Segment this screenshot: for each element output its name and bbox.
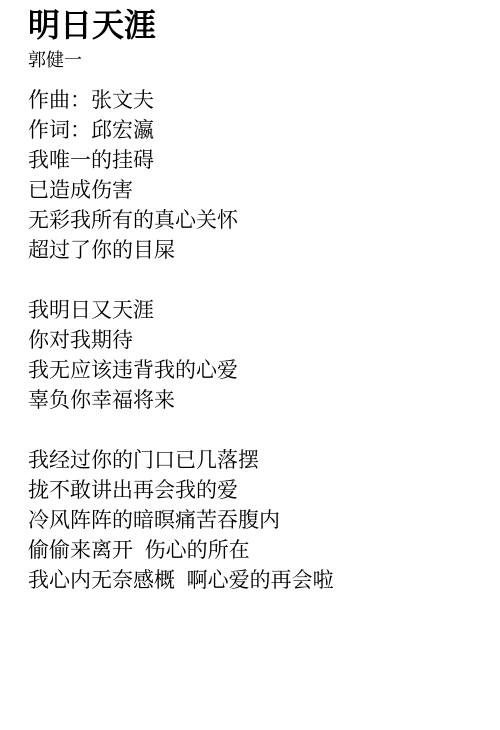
lyric-line: 辜负你幸福将来 — [28, 386, 480, 416]
lyric-line: 冷风阵阵的暗暝痛苦吞腹内 — [28, 506, 480, 536]
lyric-line: 已造成伤害 — [28, 176, 480, 206]
lyric-line: 无彩我所有的真心关怀 — [28, 206, 480, 236]
lyric-line: 你对我期待 — [28, 326, 480, 356]
lyrics-stanza: 作曲：张文夫作词：邱宏瀛我唯一的挂碍已造成伤害无彩我所有的真心关怀超过了你的目屎 — [28, 86, 480, 266]
lyrics: 作曲：张文夫作词：邱宏瀛我唯一的挂碍已造成伤害无彩我所有的真心关怀超过了你的目屎… — [28, 86, 480, 596]
lyric-line: 偷偷来离开 伤心的所在 — [28, 536, 480, 566]
lyric-line: 超过了你的目屎 — [28, 236, 480, 266]
lyric-line: 我明日又天涯 — [28, 296, 480, 326]
lyrics-stanza: 我明日又天涯你对我期待我无应该违背我的心爱辜负你幸福将来 — [28, 296, 480, 416]
lyric-line: 我无应该违背我的心爱 — [28, 356, 480, 386]
lyrics-page: 明日天涯 郭健一 作曲：张文夫作词：邱宏瀛我唯一的挂碍已造成伤害无彩我所有的真心… — [0, 0, 500, 596]
lyric-line: 我经过你的门口已几落摆 — [28, 446, 480, 476]
lyric-line: 拢不敢讲出再会我的爱 — [28, 476, 480, 506]
lyric-line: 我心内无奈感概 啊心爱的再会啦 — [28, 566, 480, 596]
lyric-line: 作词：邱宏瀛 — [28, 116, 480, 146]
page-title: 明日天涯 — [28, 4, 480, 46]
lyric-line: 作曲：张文夫 — [28, 86, 480, 116]
artist-name: 郭健一 — [28, 46, 480, 74]
lyric-line: 我唯一的挂碍 — [28, 146, 480, 176]
lyrics-stanza: 我经过你的门口已几落摆拢不敢讲出再会我的爱冷风阵阵的暗暝痛苦吞腹内偷偷来离开 伤… — [28, 446, 480, 596]
